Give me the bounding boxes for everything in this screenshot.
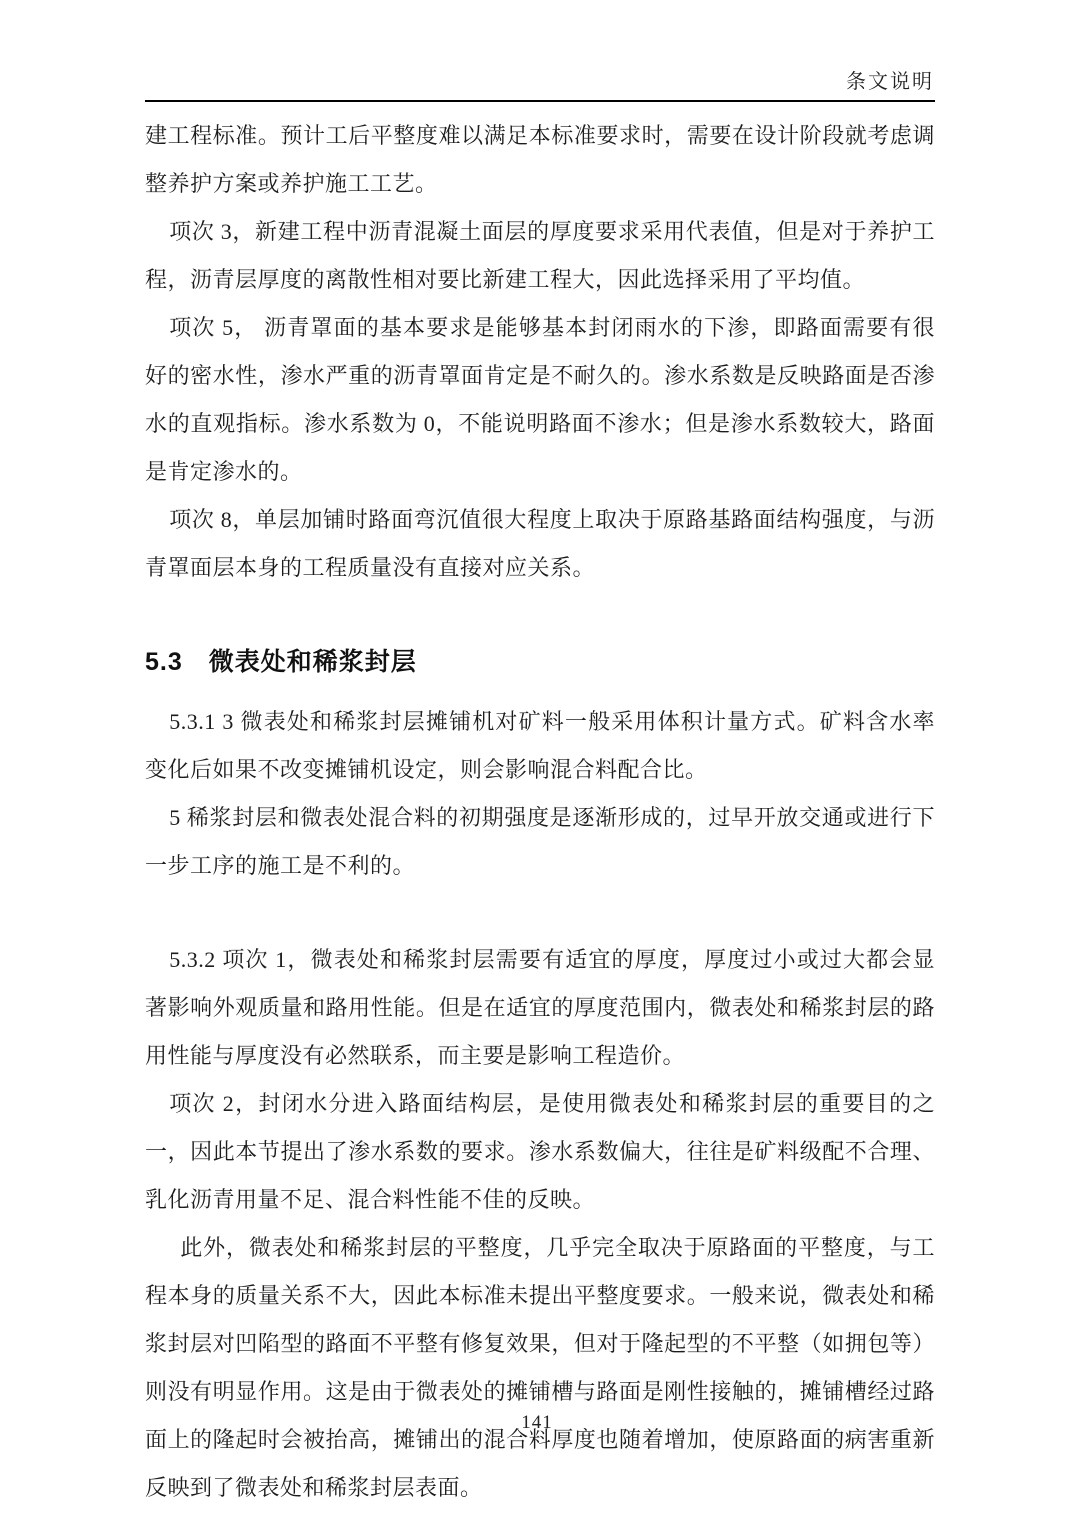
- paragraph-clause-5-3-1-item-5: 5 稀浆封层和微表处混合料的初期强度是逐渐形成的，过早开放交通或进行下一步工序的…: [145, 794, 935, 890]
- paragraph-item-3: 项次 3，新建工程中沥青混凝土面层的厚度要求采用代表值，但是对于养护工程，沥青层…: [145, 208, 935, 304]
- header-rule: [145, 100, 935, 102]
- paragraph-item-5: 项次 5， 沥青罩面的基本要求是能够基本封闭雨水的下渗，即路面需要有很好的密水性…: [145, 304, 935, 496]
- running-header: 条文说明: [846, 70, 934, 94]
- paragraph-clause-5-3-1: 5.3.1 3 微表处和稀浆封层摊铺机对矿料一般采用体积计量方式。矿料含水率变化…: [145, 698, 935, 794]
- paragraph-clause-5-3-2: 5.3.2 项次 1，微表处和稀浆封层需要有适宜的厚度，厚度过小或过大都会显著影…: [145, 936, 935, 1080]
- paragraph-continuation: 建工程标准。预计工后平整度难以满足本标准要求时，需要在设计阶段就考虑调整养护方案…: [145, 112, 935, 208]
- paragraph-clause-5-3-2-item-2: 项次 2，封闭水分进入路面结构层，是使用微表处和稀浆封层的重要目的之一，因此本节…: [145, 1080, 935, 1224]
- page-number: 141: [0, 1412, 1074, 1434]
- page-body: 建工程标准。预计工后平整度难以满足本标准要求时，需要在设计阶段就考虑调整养护方案…: [145, 112, 935, 1512]
- document-page: 条文说明 建工程标准。预计工后平整度难以满足本标准要求时，需要在设计阶段就考虑调…: [0, 0, 1074, 1520]
- paragraph-item-8: 项次 8，单层加铺时路面弯沉值很大程度上取决于原路基路面结构强度，与沥青罩面层本…: [145, 496, 935, 592]
- paragraph-clause-5-3-2-additional: 此外，微表处和稀浆封层的平整度，几乎完全取决于原路面的平整度，与工程本身的质量关…: [145, 1224, 935, 1512]
- section-heading: 5.3 微表处和稀浆封层: [145, 646, 935, 678]
